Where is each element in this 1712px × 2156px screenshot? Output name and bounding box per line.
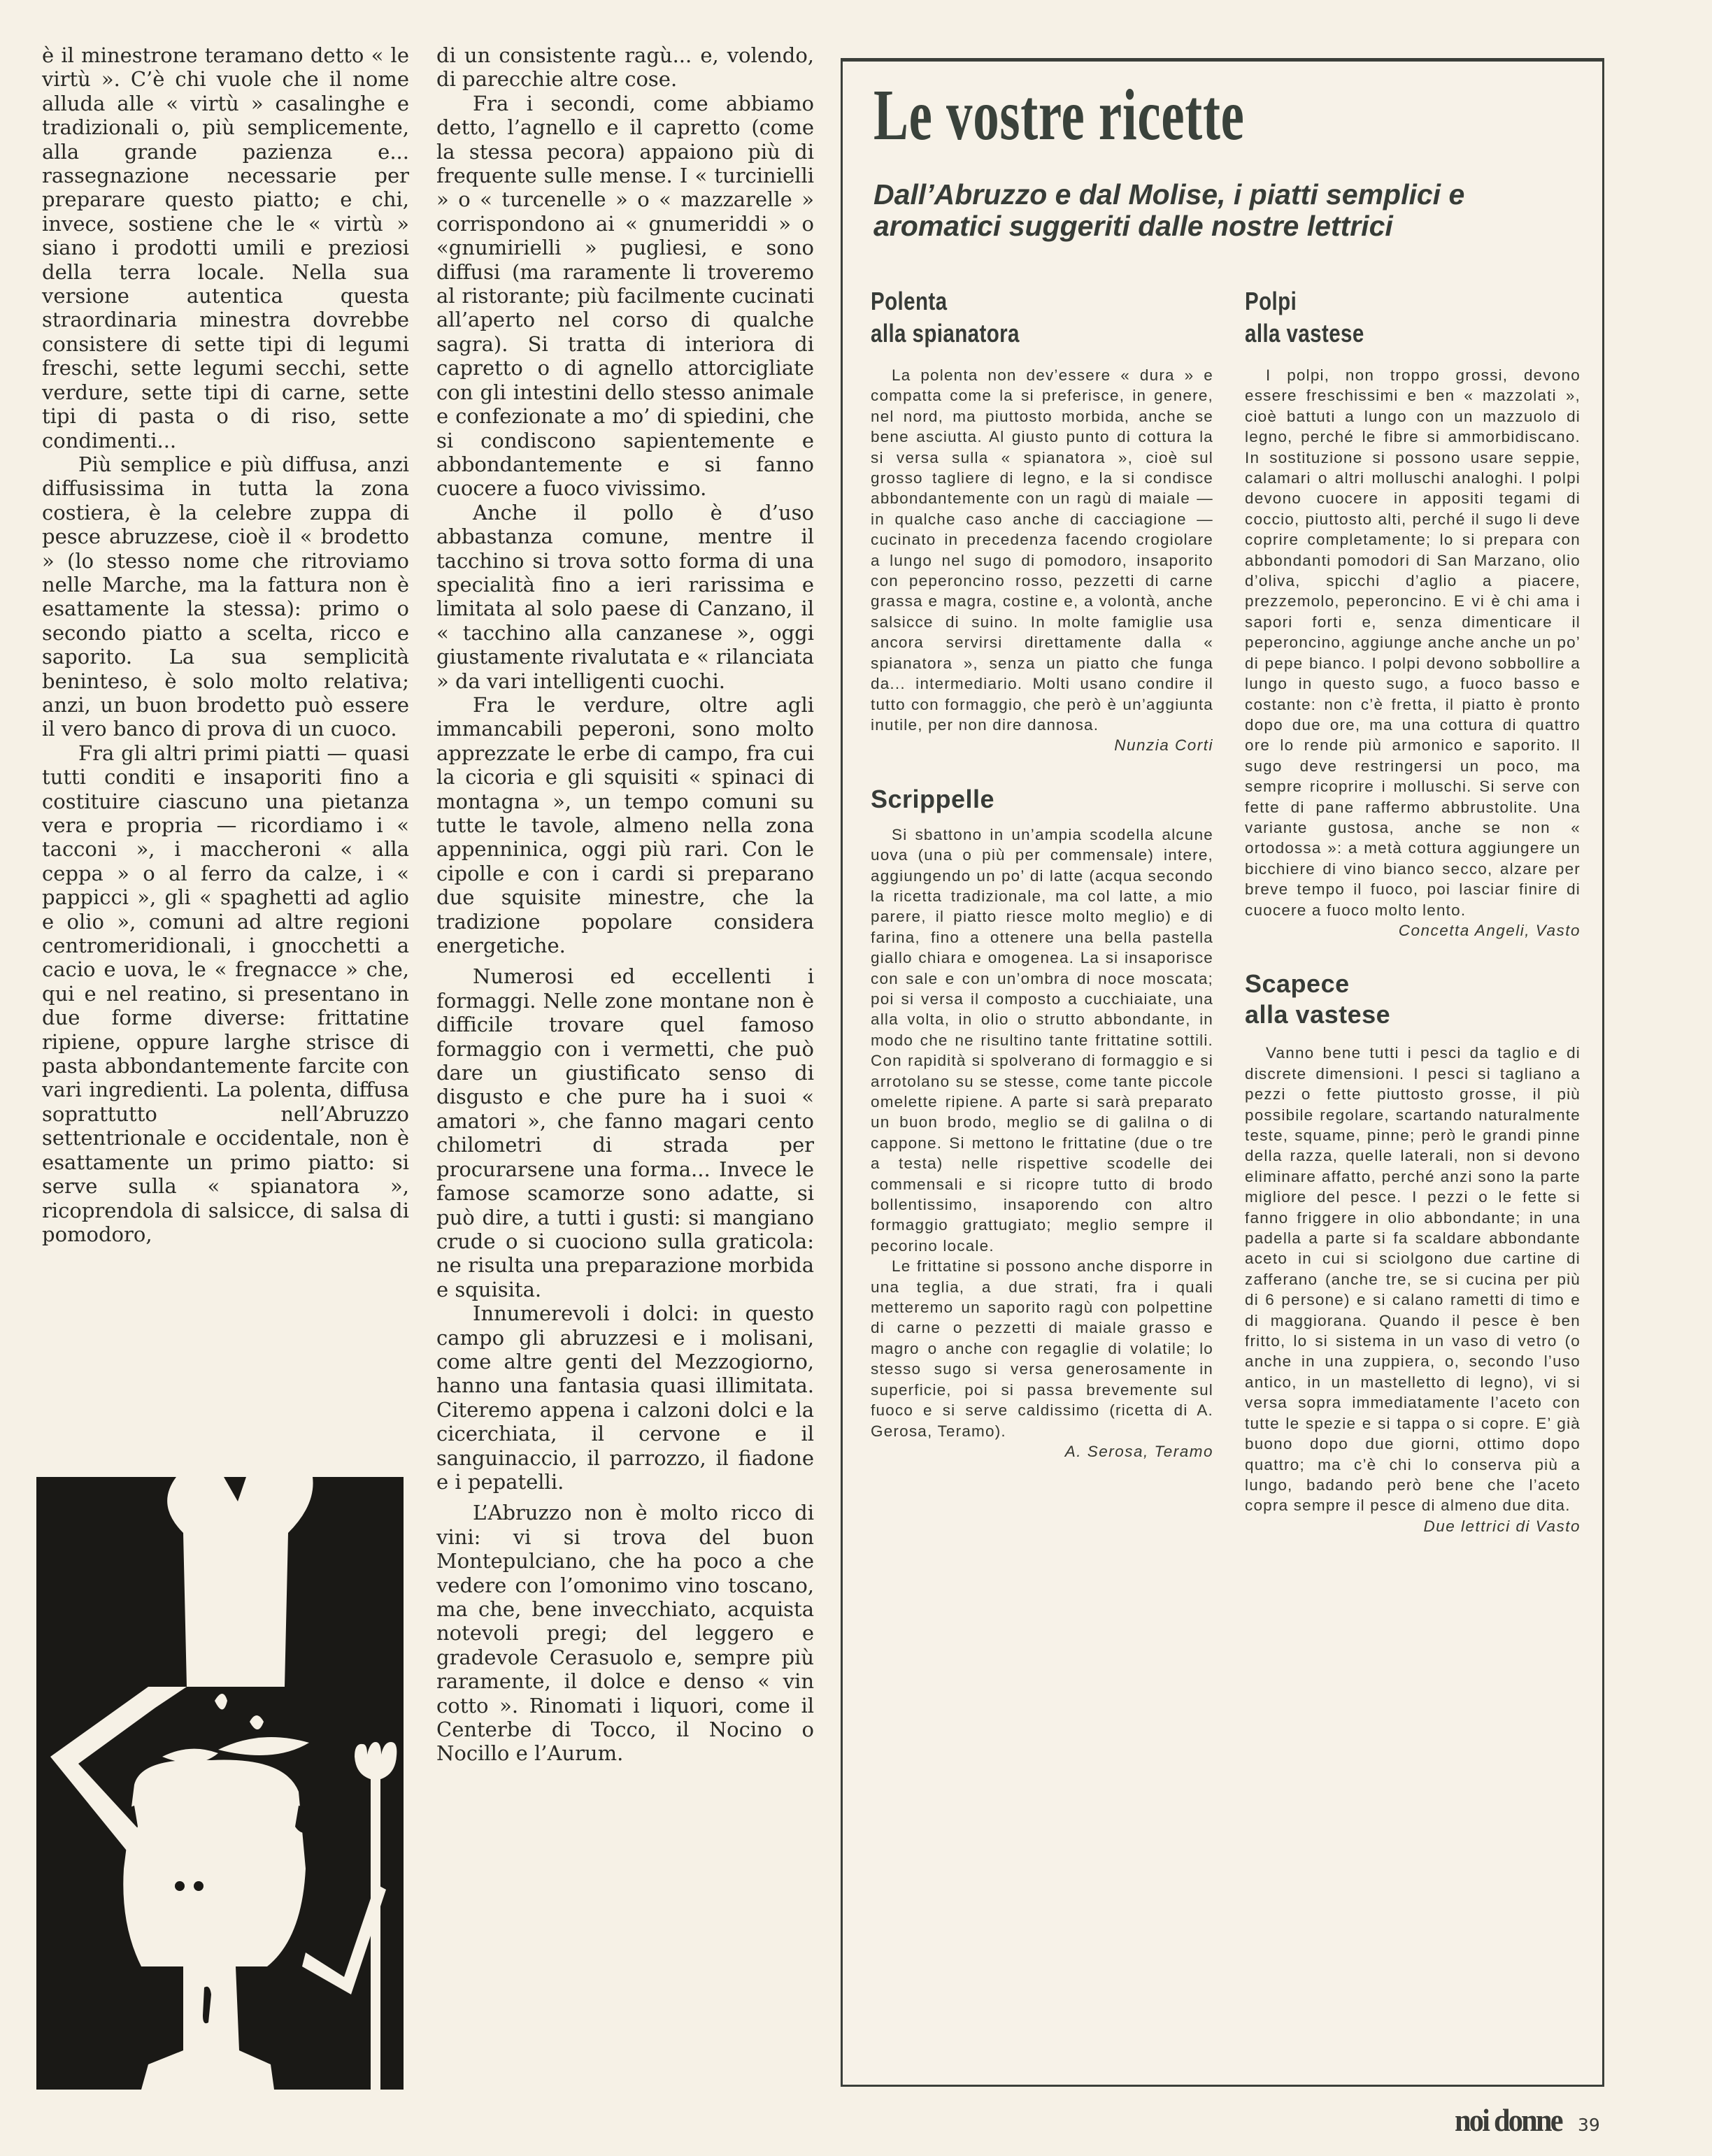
recipe-author: A. Serosa, Teramo: [871, 1441, 1213, 1462]
box-subtitle: Dall’Abruzzo e dal Molise, i piatti semp…: [873, 179, 1503, 242]
recipe-author: Due lettrici di Vasto: [1245, 1516, 1581, 1536]
recipe-polenta: Polenta alla spianatora La polenta non d…: [871, 285, 1213, 756]
recipe-title: Polpi alla vastese: [1245, 285, 1520, 350]
paragraph: Innumerevoli i dolci: in questo campo gl…: [436, 1301, 814, 1494]
recipe-scapece: Scapece alla vastese Vanno bene tutti i …: [1245, 969, 1581, 1536]
recipe-title: Polenta alla spianatora: [871, 285, 1152, 350]
paragraph: L’Abruzzo non è molto ricco di vini: vi …: [436, 1501, 814, 1765]
recipe-paragraph: Vanno bene tutti i pesci da taglio e di …: [1245, 1043, 1581, 1515]
article-column-2: di un consistente ragù... e, volendo, di…: [436, 43, 814, 1766]
recipe-paragraph: Le frittatine si possono anche disporre …: [871, 1256, 1213, 1441]
recipe-sidebar-box: Le vostre ricette Dall’Abruzzo e dal Mol…: [841, 58, 1604, 2087]
recipe-column-left: Polenta alla spianatora La polenta non d…: [871, 285, 1213, 1462]
box-title: Le vostre ricette: [873, 77, 1245, 154]
chef-illustration: [36, 1477, 404, 2090]
recipe-polpi: Polpi alla vastese I polpi, non troppo g…: [1245, 285, 1581, 941]
page-number: 39: [1578, 2115, 1600, 2135]
recipe-paragraph: Si sbattono in un’ampia scodella alcune …: [871, 824, 1213, 1257]
page-footer: noi donne 39: [1455, 2101, 1600, 2139]
paragraph: Fra gli altri primi piatti — quasi tutti…: [42, 741, 409, 1247]
recipe-title-line-1: Polpi: [1245, 287, 1297, 315]
chef-figure-icon: [36, 1477, 404, 2090]
recipe-title: Scrippelle: [871, 784, 1213, 815]
paragraph: di un consistente ragù... e, volendo, di…: [436, 43, 814, 92]
article-column-1: è il minestrone teramano detto « le virt…: [42, 43, 409, 1246]
recipe-author: Concetta Angeli, Vasto: [1245, 920, 1581, 941]
recipe-scrippelle: Scrippelle Si sbattono in un’ampia scode…: [871, 784, 1213, 1462]
recipe-title-line-2: alla spianatora: [871, 319, 1020, 348]
recipe-title-line-2: alla vastese: [1245, 1000, 1390, 1029]
recipe-title-line-1: Polenta: [871, 287, 947, 315]
paragraph: Numerosi ed eccellenti i formaggi. Nelle…: [436, 964, 814, 1301]
paragraph: Fra le verdure, oltre agli immancabili p…: [436, 693, 814, 957]
paragraph: Più semplice e più diffusa, anzi diffusi…: [42, 452, 409, 741]
recipe-title-line-2: alla vastese: [1245, 319, 1364, 348]
recipe-paragraph: La polenta non dev’essere « dura » e com…: [871, 365, 1213, 735]
paragraph: Fra i secondi, come abbiamo detto, l’agn…: [436, 92, 814, 501]
recipe-paragraph: I polpi, non troppo grossi, devono esser…: [1245, 365, 1581, 920]
recipe-author: Nunzia Corti: [871, 735, 1213, 755]
magazine-logo: noi donne: [1455, 2101, 1562, 2139]
paragraph: Anche il pollo è d’uso abbastanza comune…: [436, 501, 814, 693]
paragraph: è il minestrone teramano detto « le virt…: [42, 43, 409, 452]
recipe-title-line-1: Scapece: [1245, 969, 1350, 998]
recipe-column-right: Polpi alla vastese I polpi, non troppo g…: [1245, 285, 1581, 1536]
recipe-title: Scapece alla vastese: [1245, 969, 1581, 1030]
